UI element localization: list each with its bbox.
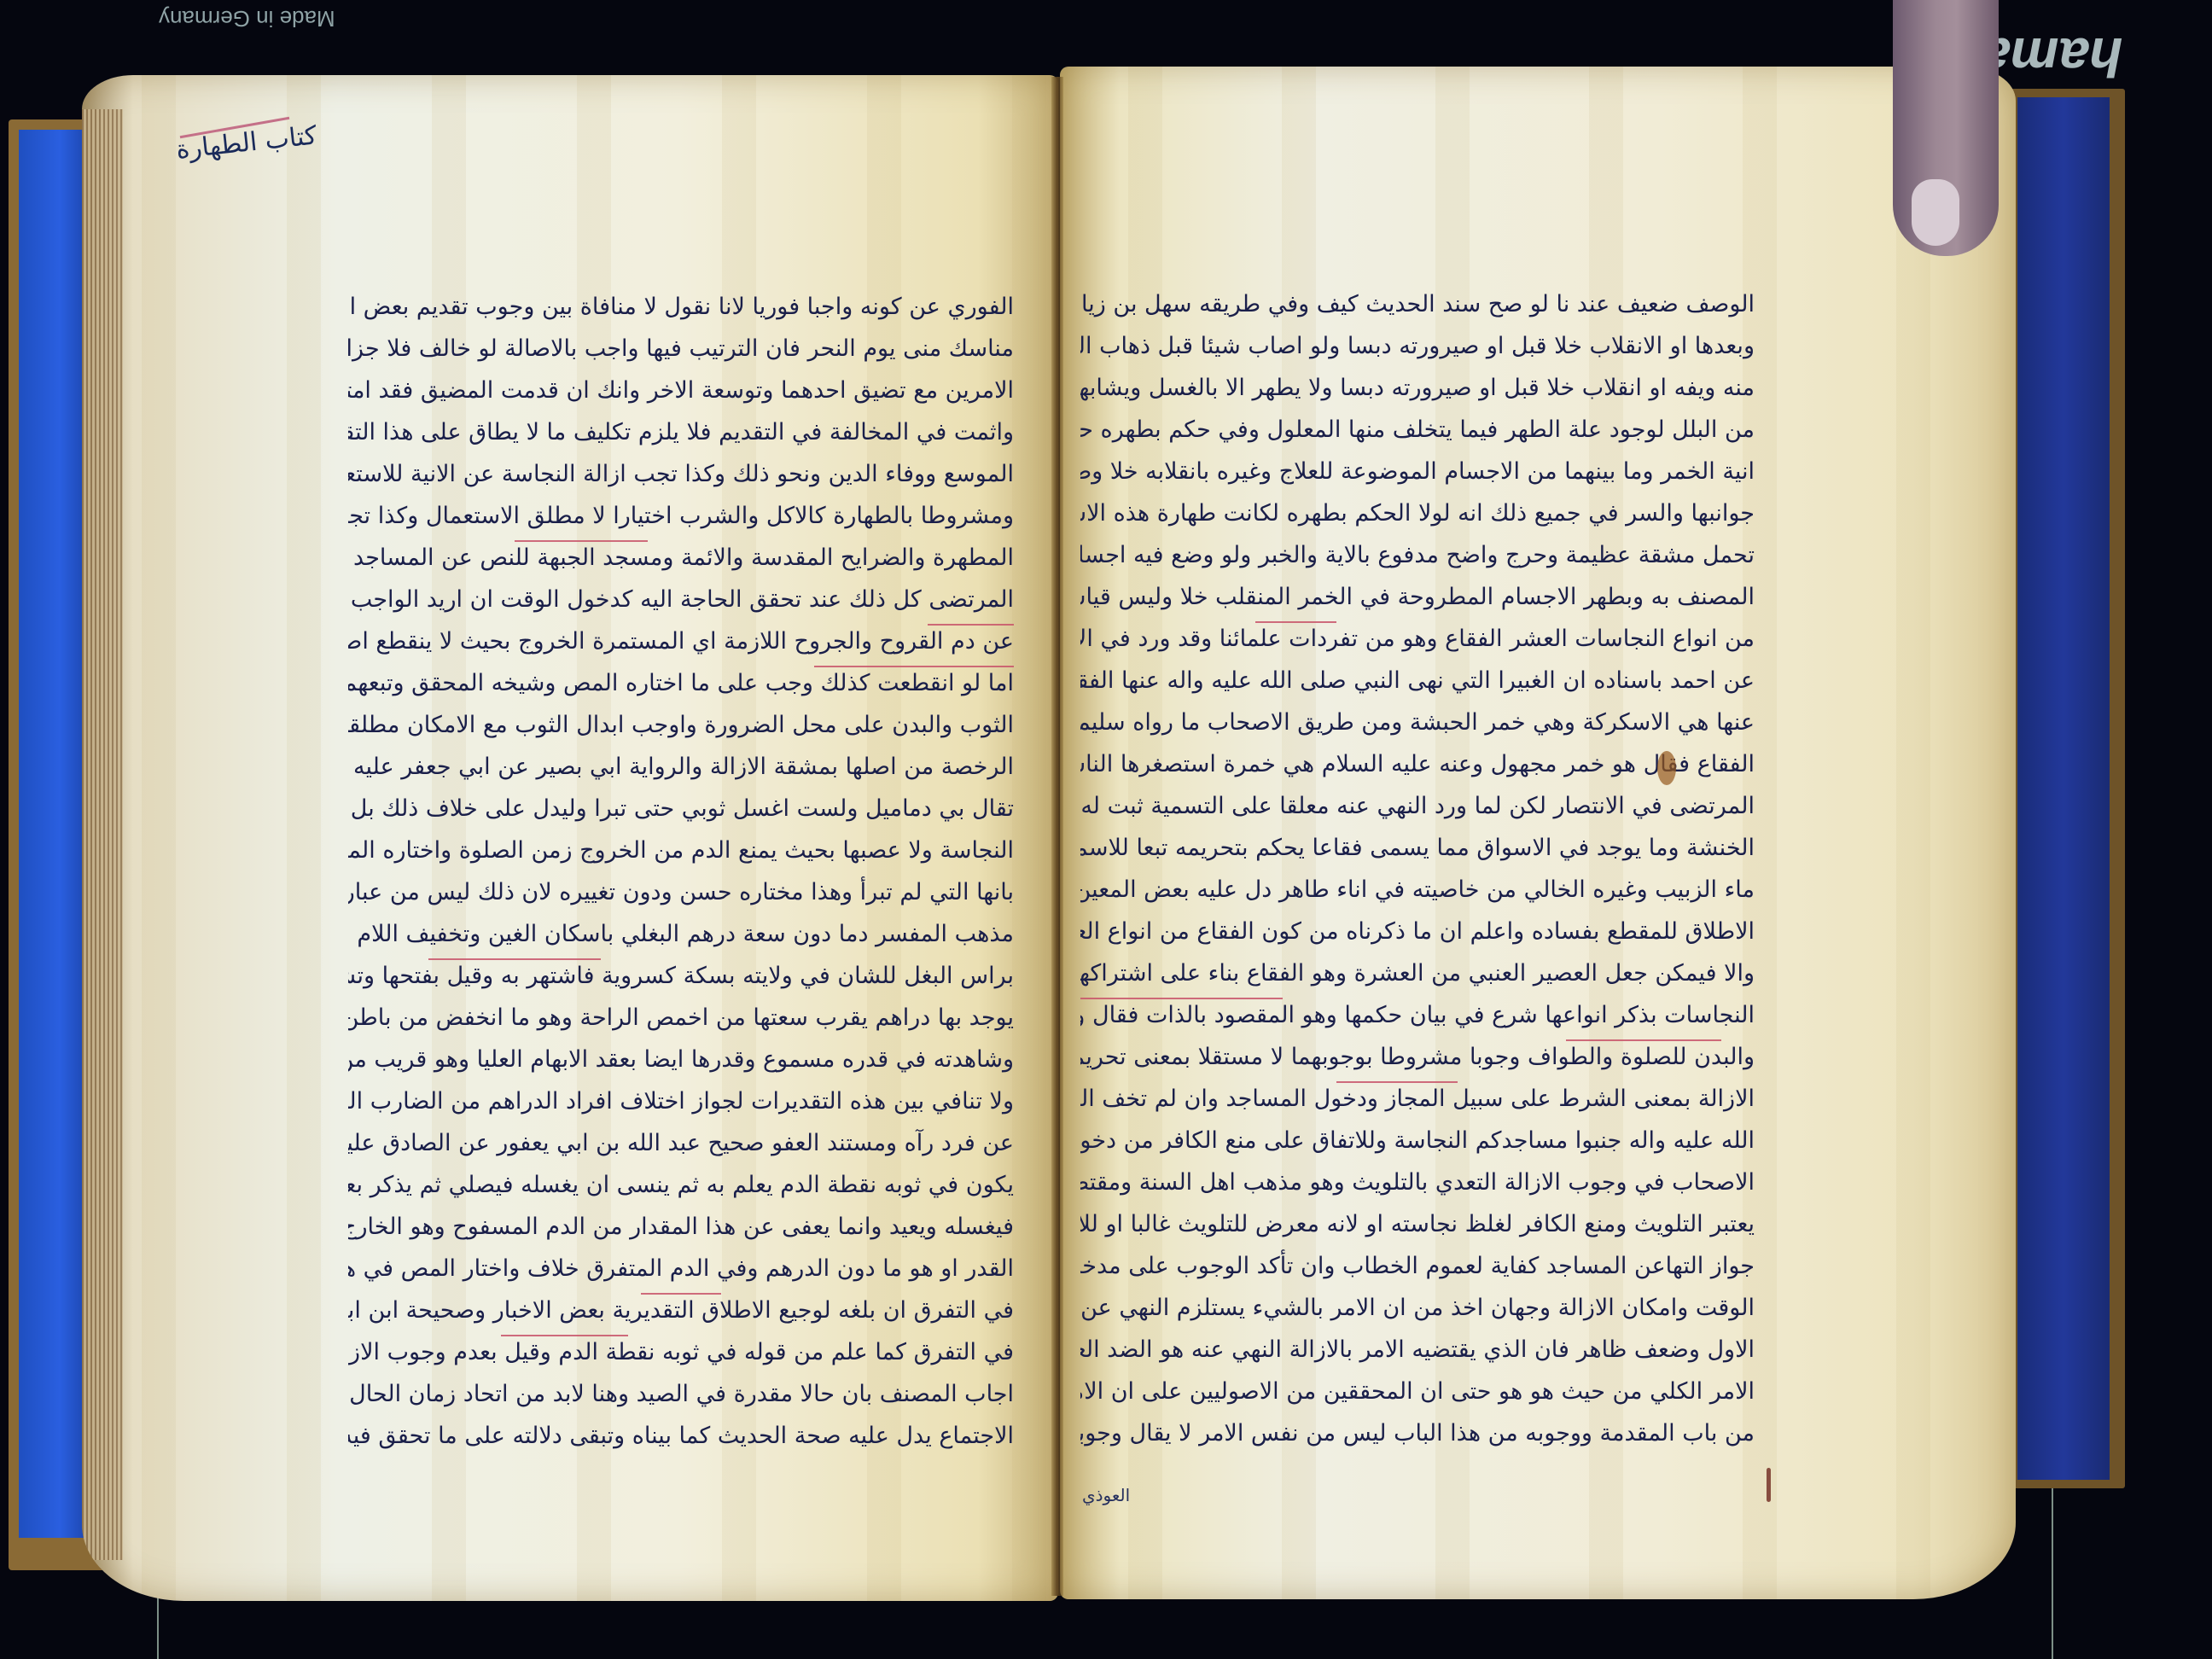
manuscript-line: وشاهدته في قدره مسموع وقدرها ايضا بعقد ا… [348, 1039, 1014, 1080]
manuscript-line: جوانبها والسر في جميع ذلك انه لولا الحكم… [1080, 492, 1755, 534]
manuscript-line: المرتضى كل ذلك عند تحقق الحاجة اليه كدخو… [348, 579, 1014, 620]
manuscript-line: في التفرق ان بلغه لوجيع الاطلاق التقديري… [348, 1289, 1014, 1331]
manuscript-line: الفقاع فقال هو خمر مجهول وعنه عليه السلا… [1080, 743, 1755, 785]
right-page-text-block: الوصف ضعيف عند نا لو صح سند الحديث كيف و… [1080, 283, 1755, 1454]
manuscript-line: تحمل مشقة عظيمة وحرج واضح مدفوع بالاية و… [1080, 534, 1755, 576]
manuscript-line: الله عليه واله جنبوا مساجدكم النجاسة ولل… [1080, 1120, 1755, 1161]
manuscript-line: الاجتماع يدل عليه صحة الحديث كما بيناه و… [348, 1415, 1014, 1457]
red-rubric-overline [1080, 998, 1283, 999]
manuscript-line: المطهرة والضرايح المقدسة والائمة ومسجد ا… [348, 537, 1014, 579]
red-rubric-overline [928, 624, 1014, 626]
red-rubric-overline [501, 1335, 627, 1336]
ink-stain [1767, 1468, 1771, 1502]
manuscript-line: من البلل لوجود علة الطهر فيما يتخلف منها… [1080, 409, 1755, 451]
manuscript-line: والا فيمكن جعل العصير العنبي من العشرة و… [1080, 952, 1755, 994]
red-rubric-overline [428, 958, 602, 960]
hand-finger [1893, 0, 1999, 256]
manuscript-line: ماء الزبيب وغيره الخالي من خاصيته في انا… [1080, 869, 1755, 911]
made-in-germany-label: Made in Germany [159, 5, 335, 32]
red-rubric-overline [515, 540, 648, 542]
blue-cloth-binding [19, 130, 87, 1538]
manuscript-line: مناسك منى يوم النحر فان الترتيب فيها واج… [348, 328, 1014, 370]
manuscript-line: براس البغل للشان في ولايته بسكة كسروية ف… [348, 955, 1014, 997]
manuscript-line: الرخصة من اصلها بمشقة الازالة والرواية ا… [348, 746, 1014, 788]
manuscript-line: الفوري عن كونه واجبا فوريا لانا نقول لا … [348, 286, 1014, 328]
manuscript-line: عنها هي الاسكركة وهي خمر الحبشة ومن طريق… [1080, 701, 1755, 743]
manuscript-line: فيغسله ويعيد وانما يعفى عن هذا المقدار م… [348, 1206, 1014, 1248]
red-rubric-overline [1336, 1081, 1458, 1083]
manuscript-line: اجاب المصنف بان حالا مقدرة في الصيد وهنا… [348, 1373, 1014, 1415]
manuscript-line: الموسع ووفاء الدين ونحو ذلك وكذا تجب ازا… [348, 453, 1014, 495]
manuscript-line: عن فرد رآه ومستند العفو صحيح عبد الله بن… [348, 1122, 1014, 1164]
manuscript-line: الازالة بمعنى الشرط على سبيل المجاز ودخو… [1080, 1078, 1755, 1120]
manuscript-line: يكون في ثوبه نقطة الدم يعلم به ثم ينسى ا… [348, 1164, 1014, 1206]
red-rubric-overline [814, 666, 1014, 667]
manuscript-line: جواز التهاعن المساجد كفاية لعموم الخطاب … [1080, 1245, 1755, 1287]
manuscript-line: النجاسة ولا عصبها بحيث يمنع الدم من الخر… [348, 829, 1014, 871]
manuscript-line: النجاسات بذكر انواعها شرع في بيان حكمها … [1080, 994, 1755, 1036]
left-page-text-block: الفوري عن كونه واجبا فوريا لانا نقول لا … [348, 286, 1014, 1457]
page-block-edge [82, 109, 123, 1560]
manuscript-line: يوجد بها دراهم يقرب سعتها من اخمص الراحة… [348, 997, 1014, 1039]
manuscript-line: اما لو انقطعت كذلك وجب على ما اختاره الم… [348, 662, 1014, 704]
manuscript-line: الوقت وامكان الازالة وجهان اخذ من ان الا… [1080, 1287, 1755, 1329]
red-rubric-overline [641, 1293, 721, 1295]
manuscript-line: والبدن للصلوة والطواف وجوبا مشروطا بوجوب… [1080, 1036, 1755, 1078]
manuscript-line: عن احمد باسناده ان الغبيرا التي نهى النب… [1080, 660, 1755, 701]
manuscript-line: القدر او هو ما دون الدرهم وفي الدم المتف… [348, 1248, 1014, 1289]
manuscript-line: من باب المقدمة ووجوبه من هذا الباب ليس م… [1080, 1412, 1755, 1454]
manuscript-line: واثمت في المخالفة في التقديم فلا يلزم تك… [348, 411, 1014, 453]
manuscript-line: الوصف ضعيف عند نا لو صح سند الحديث كيف و… [1080, 283, 1755, 325]
red-rubric-overline [1566, 1039, 1721, 1041]
manuscript-line: المرتضى في الانتصار لكن لما ورد النهي عن… [1080, 785, 1755, 827]
manuscript-line: بانها التي لم تبرأ وهذا مختاره حسن ودون … [348, 871, 1014, 913]
manuscript-line: الاطلاق للمقطع بفساده واعلم ان ما ذكرناه… [1080, 911, 1755, 952]
manuscript-line: انية الخمر وما بينهما من الاجسام الموضوع… [1080, 451, 1755, 492]
manuscript-line: في التفرق كما علم من قوله في ثوبه نقطة ا… [348, 1331, 1014, 1373]
catchword: العوذي [1082, 1485, 1130, 1505]
manuscript-line: ومشروطا بالطهارة كالاكل والشرب اختيارا ل… [348, 495, 1014, 537]
manuscript-line: الخنشة وما يوجد في الاسواق مما يسمى فقاع… [1080, 827, 1755, 869]
manuscript-line: الامرين مع تضيق احدهما وتوسعة الاخر وانك… [348, 370, 1014, 411]
manuscript-line: الامر الكلي من حيث هو هو حتى ان المحققين… [1080, 1371, 1755, 1412]
manuscript-line: الاصحاب في وجوب الازالة التعدي بالتلويث … [1080, 1161, 1755, 1203]
manuscript-line: مذهب المفسر دما دون سعة درهم البغلي باسك… [348, 913, 1014, 955]
manuscript-line: وبعدها او الانقلاب خلا قبل او صيرورته دب… [1080, 325, 1755, 367]
manuscript-line: عن دم القروح والجروح اللازمة اي المستمرة… [348, 620, 1014, 662]
red-rubric-overline [1255, 621, 1336, 623]
manuscript-line: الثوب والبدن على محل الضرورة واوجب ابدال… [348, 704, 1014, 746]
manuscript-line: ولا تنافي بين هذه التقديرات لجواز اختلاف… [348, 1080, 1014, 1122]
ink-stain [1657, 751, 1676, 785]
manuscript-line: الاول وضعف ظاهر فان الذي يقتضيه الامر با… [1080, 1329, 1755, 1371]
fingernail [1912, 179, 1959, 246]
manuscript-line: يعتبر التلويث ومنع الكافر لغلظ نجاسته او… [1080, 1203, 1755, 1245]
manuscript-line: المصنف به وبطهر الاجسام المطروحة في الخم… [1080, 576, 1755, 618]
manuscript-line: تقال بي دماميل ولست اغسل ثوبي حتى تبرا و… [348, 788, 1014, 829]
blue-cloth-binding [2017, 97, 2110, 1480]
manuscript-line: من انواع النجاسات العشر الفقاع وهو من تف… [1080, 618, 1755, 660]
manuscript-line: منه ويفه او انقلاب خلا قبل او صيرورته دب… [1080, 367, 1755, 409]
book-gutter [1051, 77, 1063, 1596]
